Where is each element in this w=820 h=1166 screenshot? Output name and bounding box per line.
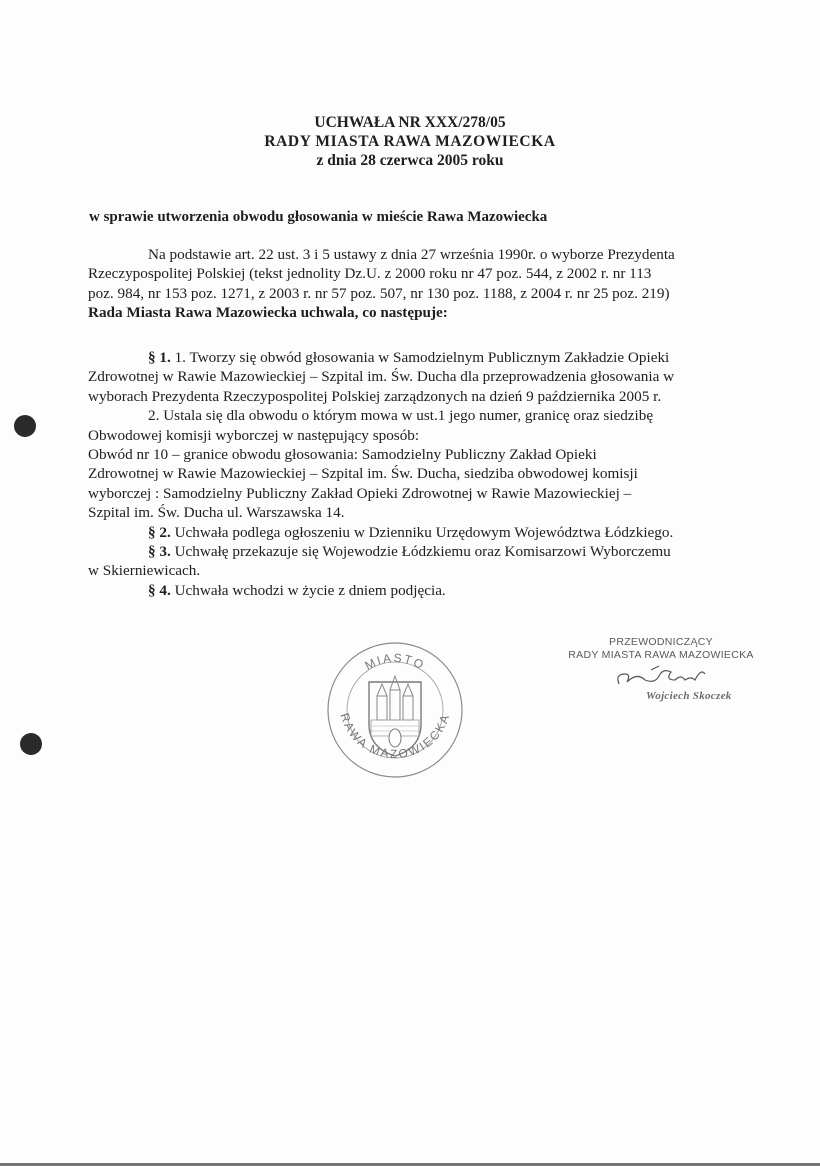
resolution-clause: Rada Miasta Rawa Mazowiecka uchwala, co … (88, 303, 748, 322)
section-1-line: Zdrowotnej w Rawie Mazowieckiej – Szpita… (88, 464, 748, 483)
basis-line: Na podstawie art. 22 ust. 3 i 5 ustawy z… (88, 245, 748, 264)
signatory-title: PRZEWODNICZĄCY (556, 636, 766, 649)
resolution-header: UCHWAŁA NR XXX/278/05 RADY MIASTA RAWA M… (0, 113, 820, 170)
section-marker: § 2. (148, 524, 171, 541)
section-2: § 2. Uchwała podlega ogłoszeniu w Dzienn… (88, 523, 748, 542)
section-4: § 4. Uchwała wchodzi w życie z dniem pod… (88, 581, 748, 600)
section-1-line: wyborczej : Samodzielny Publiczny Zakład… (88, 484, 748, 503)
basis-line: Rzeczypospolitej Polskiej (tekst jednoli… (88, 264, 748, 283)
section-text: Uchwała podlega ogłoszeniu w Dzienniku U… (171, 524, 674, 541)
legal-basis: Na podstawie art. 22 ust. 3 i 5 ustawy z… (88, 245, 748, 323)
resolution-subject: w sprawie utworzenia obwodu głosowania w… (89, 209, 547, 226)
official-stamp: MIASTO RAWA MAZOWIECKA (325, 640, 465, 780)
basis-line: poz. 984, nr 153 poz. 1271, z 2003 r. nr… (88, 284, 748, 303)
issuing-body: RADY MIASTA RAWA MAZOWIECKA (0, 132, 820, 151)
section-1-point-2: 2. Ustala się dla obwodu o którym mowa w… (88, 406, 748, 425)
coat-of-arms-stamp-icon: MIASTO RAWA MAZOWIECKA (325, 640, 465, 780)
section-text: Uchwałę przekazuje się Wojewodzie Łódzki… (171, 543, 671, 560)
resolution-number: UCHWAŁA NR XXX/278/05 (0, 113, 820, 132)
signatory-body: RADY MIASTA RAWA MAZOWIECKA (556, 649, 766, 662)
section-3: § 3. Uchwałę przekazuje się Wojewodzie Ł… (88, 542, 748, 561)
section-text: Uchwała wchodzi w życie z dniem podjęcia… (171, 582, 446, 599)
section-marker: § 1. (148, 349, 171, 366)
section-1-line: wyborach Prezydenta Rzeczypospolitej Pol… (88, 387, 748, 406)
resolution-clause-text: Rada Miasta Rawa Mazowiecka uchwala, co … (88, 304, 448, 321)
section-text: 1. Tworzy się obwód głosowania w Samodzi… (171, 349, 669, 366)
section-marker: § 4. (148, 582, 171, 599)
signature-block: PRZEWODNICZĄCY RADY MIASTA RAWA MAZOWIEC… (556, 636, 766, 703)
section-1-line: Zdrowotnej w Rawie Mazowieckiej – Szpita… (88, 367, 748, 386)
resolution-date: z dnia 28 czerwca 2005 roku (0, 151, 820, 170)
punch-hole-bottom (20, 733, 42, 755)
document-page: UCHWAŁA NR XXX/278/05 RADY MIASTA RAWA M… (0, 0, 820, 1166)
punch-hole-top (14, 415, 36, 437)
signature-scribble-icon (601, 664, 721, 690)
section-1-line: Obwodowej komisji wyborczej w następując… (88, 426, 748, 445)
section-3-continuation: w Skierniewicach. (88, 561, 748, 580)
resolution-sections: § 1. 1. Tworzy się obwód głosowania w Sa… (88, 348, 748, 600)
section-1-line: Szpital im. Św. Ducha ul. Warszawska 14. (88, 503, 748, 522)
signatory-name: Wojciech Skoczek (586, 690, 766, 703)
section-1-line: § 1. 1. Tworzy się obwód głosowania w Sa… (88, 348, 748, 367)
handwritten-signature (556, 664, 766, 690)
section-1-line: Obwód nr 10 – granice obwodu głosowania:… (88, 445, 748, 464)
section-marker: § 3. (148, 543, 171, 560)
svg-text:MIASTO: MIASTO (363, 651, 428, 673)
